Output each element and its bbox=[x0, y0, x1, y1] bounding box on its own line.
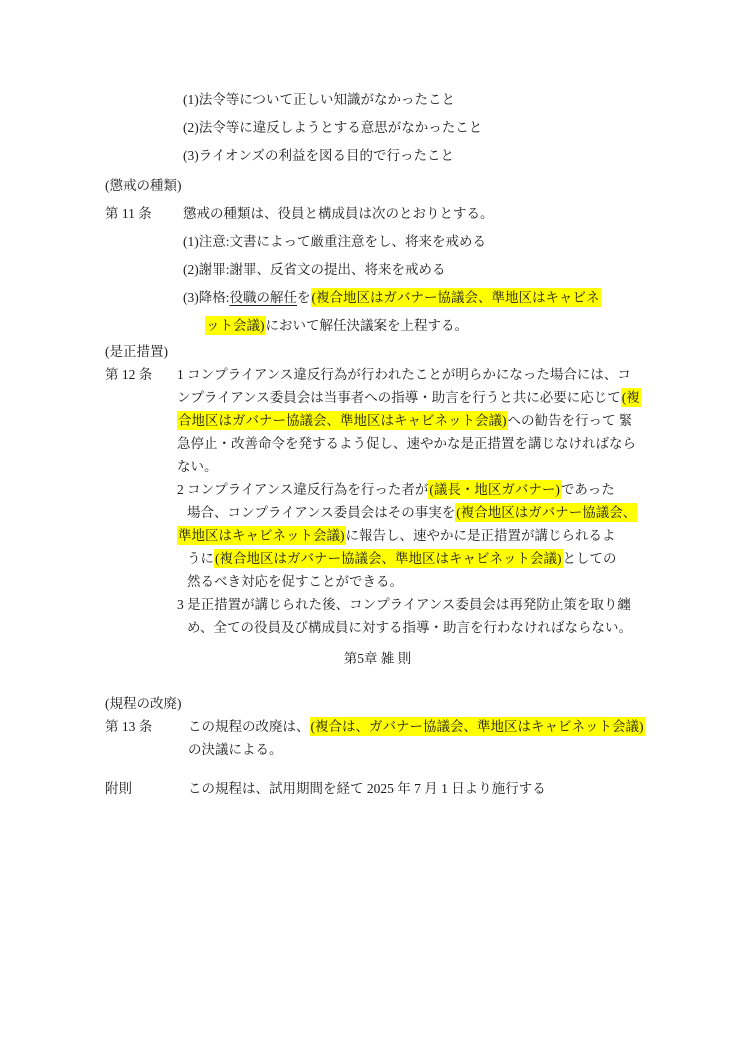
highlighted-text: (複合地区はガバナー協議会、準地区はキャビネット会議) bbox=[214, 549, 563, 568]
text-segment: への勧告を行って 緊 bbox=[508, 413, 633, 428]
text-line: 準地区はキャビネット会議)に報告し、速やかに是正措置が講じられるよ bbox=[105, 524, 650, 547]
text-segment: 場合、コンプライアンス委員会はその事実を bbox=[187, 505, 455, 520]
text-line: (1)法令等について正しい知識がなかったこと bbox=[105, 86, 650, 114]
article-13-amendment: (規程の改廃)第 13 条この規程の改廃は、(複合は、ガバナー協議会、準地区はキ… bbox=[105, 692, 650, 761]
text-segment: であった bbox=[561, 482, 615, 497]
text-segment: 1 コンプライアンス違反行為が行われたことが明らかになった場合には、コ bbox=[177, 367, 631, 382]
preceding-article-items: (1)法令等について正しい知識がなかったこと(2)法令等に違反しようとする意思が… bbox=[105, 86, 650, 170]
text-line: ット会議)において解任決議案を上程する。 bbox=[105, 312, 650, 340]
highlighted-text: ット会議) bbox=[205, 316, 266, 335]
text-segment: 第5章 雑 則 bbox=[344, 651, 412, 666]
text-segment: において解任決議案を上程する。 bbox=[266, 318, 469, 333]
article-number: 第 13 条 bbox=[105, 715, 188, 738]
text-line: 急停止・改善命令を発するよう促し、速やかな是正措置を講じなければなら bbox=[105, 432, 650, 455]
text-line: (2)謝罪:謝罪、反省文の提出、将来を戒める bbox=[105, 256, 650, 284]
chapter-heading: 第5章 雑 則 bbox=[105, 647, 650, 670]
text-segment: (規程の改廃) bbox=[105, 696, 182, 711]
section-caption: (懲戒の種類) bbox=[105, 172, 650, 200]
text-segment: の決議による。 bbox=[188, 742, 283, 757]
section-caption: (是正措置) bbox=[105, 340, 650, 363]
text-segment: に報告し、速やかに是正措置が講じられるよ bbox=[346, 528, 616, 543]
chapter-5-heading: 第5章 雑 則 bbox=[105, 647, 650, 670]
highlighted-text: (複合地区はガバナー協議会、 bbox=[455, 503, 637, 522]
article-number: 第 12 条 bbox=[105, 363, 177, 386]
text-segment: (懲戒の種類) bbox=[105, 178, 182, 193]
highlighted-text: (複合は、ガバナー協議会、準地区はキャビネット会議) bbox=[310, 717, 645, 736]
highlighted-text: (議長・地区ガバナー) bbox=[428, 480, 561, 499]
text-segment: (1)注意:文書によって厳重注意をし、将来を戒める bbox=[183, 234, 486, 249]
text-line: 附則この規程は、試用期間を経て 2025 年 7 月 1 日より施行する bbox=[105, 777, 650, 800]
article-number: 第 11 条 bbox=[105, 200, 183, 228]
text-line: (1)注意:文書によって厳重注意をし、将来を戒める bbox=[105, 228, 650, 256]
text-line: 場合、コンプライアンス委員会はその事実を(複合地区はガバナー協議会、 bbox=[105, 501, 650, 524]
text-segment: を bbox=[297, 290, 311, 305]
text-line: ない。 bbox=[105, 455, 650, 478]
text-line: 第 12 条1 コンプライアンス違反行為が行われたことが明らかになった場合には、… bbox=[105, 363, 650, 386]
text-segment: としての bbox=[563, 551, 617, 566]
supplementary-provisions: 附則この規程は、試用期間を経て 2025 年 7 月 1 日より施行する bbox=[105, 777, 650, 800]
text-line: 第 11 条懲戒の種類は、役員と構成員は次のとおりとする。 bbox=[105, 200, 650, 228]
text-segment: (是正措置) bbox=[105, 344, 168, 359]
text-segment: 然るべき対応を促すことができる。 bbox=[187, 574, 403, 589]
text-line: (3)ライオンズの利益を図る目的で行ったこと bbox=[105, 142, 650, 170]
text-line: (2)法令等に違反しようとする意思がなかったこと bbox=[105, 114, 650, 142]
text-segment: (2)謝罪:謝罪、反省文の提出、将来を戒める bbox=[183, 262, 446, 277]
article-number: 附則 bbox=[105, 777, 188, 800]
text-segment: (2)法令等に違反しようとする意思がなかったこと bbox=[183, 120, 482, 135]
highlighted-text: 準地区はキャビネット会議) bbox=[177, 526, 346, 545]
highlighted-text: (複合地区はガバナー協議会、準地区はキャビネ bbox=[311, 288, 601, 307]
text-segment: うに bbox=[187, 551, 214, 566]
text-segment: (3)降格: bbox=[183, 290, 230, 305]
text-line: 第 13 条この規程の改廃は、(複合は、ガバナー協議会、準地区はキャビネット会議… bbox=[105, 715, 650, 738]
text-line: 3 是正措置が講じられた後、コンプライアンス委員会は再発防止策を取り纏 bbox=[105, 593, 650, 616]
document-body: (1)法令等について正しい知識がなかったこと(2)法令等に違反しようとする意思が… bbox=[105, 86, 650, 800]
text-segment: 2 コンプライアンス違反行為を行った者が bbox=[177, 482, 428, 497]
text-segment: 懲戒の種類は、役員と構成員は次のとおりとする。 bbox=[183, 206, 494, 221]
article-12-corrective-measures: (是正措置)第 12 条1 コンプライアンス違反行為が行われたことが明らかになっ… bbox=[105, 340, 650, 639]
text-segment: 急停止・改善命令を発するよう促し、速やかな是正措置を講じなければなら bbox=[177, 436, 636, 451]
text-segment: (3)ライオンズの利益を図る目的で行ったこと bbox=[183, 148, 454, 163]
article-11-discipline-types: (懲戒の種類)第 11 条懲戒の種類は、役員と構成員は次のとおりとする。(1)注… bbox=[105, 172, 650, 340]
highlighted-text: 合地区はガバナー協議会、準地区はキャビネット会議) bbox=[177, 411, 508, 430]
text-segment: め、全ての役員及び構成員に対する指導・助言を行わなければならない。 bbox=[187, 620, 632, 635]
text-segment: ない。 bbox=[177, 459, 218, 474]
text-line: の決議による。 bbox=[105, 738, 650, 761]
text-line: 合地区はガバナー協議会、準地区はキャビネット会議)への勧告を行って 緊 bbox=[105, 409, 650, 432]
text-line: (3)降格:役職の解任を(複合地区はガバナー協議会、準地区はキャビネ bbox=[105, 284, 650, 312]
text-line: うに(複合地区はガバナー協議会、準地区はキャビネット会議)としての bbox=[105, 547, 650, 570]
text-segment: ンプライアンス委員会は当事者への指導・助言を行うと共に必要に応じて bbox=[177, 390, 621, 405]
underlined-text: 役職の解任 bbox=[230, 290, 298, 305]
text-line: 2 コンプライアンス違反行為を行った者が(議長・地区ガバナー)であった bbox=[105, 478, 650, 501]
text-segment: この規程は、試用期間を経て 2025 年 7 月 1 日より施行する bbox=[188, 781, 546, 796]
text-segment: (1)法令等について正しい知識がなかったこと bbox=[183, 92, 455, 107]
section-caption: (規程の改廃) bbox=[105, 692, 650, 715]
document-page: (1)法令等について正しい知識がなかったこと(2)法令等に違反しようとする意思が… bbox=[0, 0, 750, 1061]
text-segment: この規程の改廃は、 bbox=[188, 719, 310, 734]
text-segment: 3 是正措置が講じられた後、コンプライアンス委員会は再発防止策を取り纏 bbox=[177, 597, 631, 612]
text-line: め、全ての役員及び構成員に対する指導・助言を行わなければならない。 bbox=[105, 616, 650, 639]
text-line: ンプライアンス委員会は当事者への指導・助言を行うと共に必要に応じて(複 bbox=[105, 386, 650, 409]
text-line: 然るべき対応を促すことができる。 bbox=[105, 570, 650, 593]
highlighted-text: (複 bbox=[621, 388, 641, 407]
